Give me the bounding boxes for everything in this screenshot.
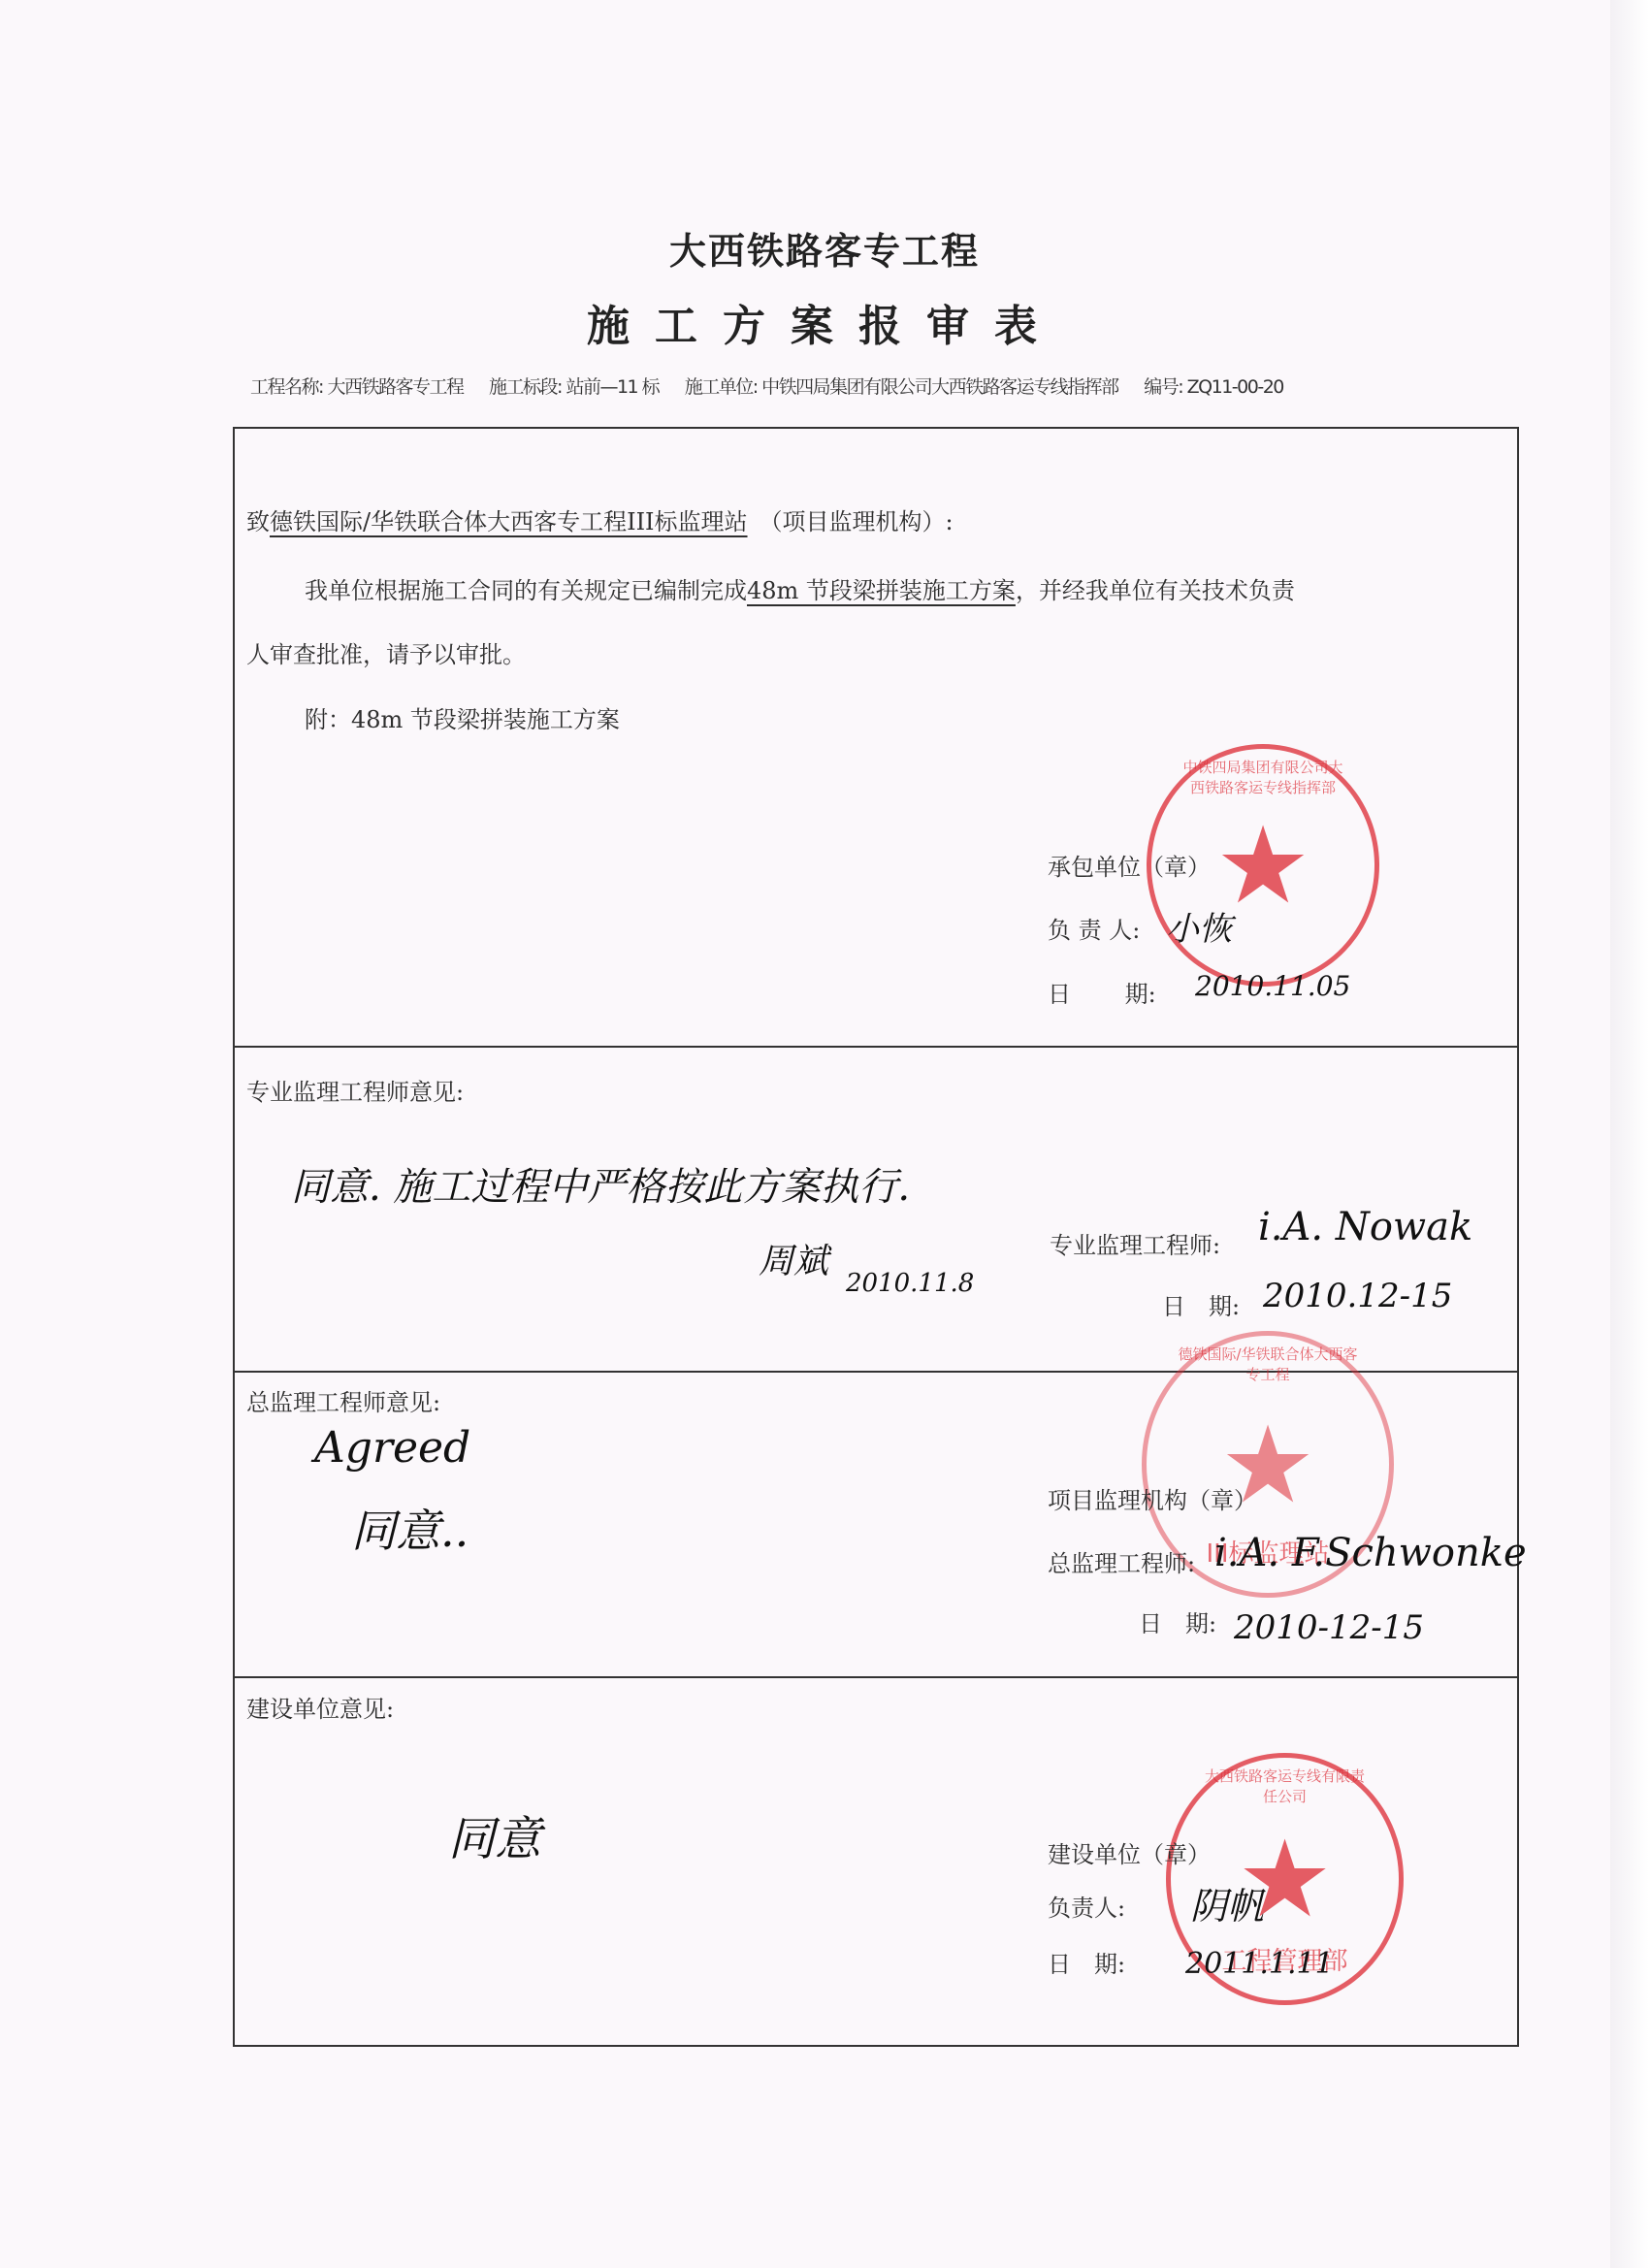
owner-opinion-heading: 建设单位意见:: [246, 1690, 394, 1724]
contractor-unit-label: 承包单位（章）: [1048, 848, 1211, 882]
form-number: 编号: ZQ11-00-20: [1144, 376, 1283, 398]
project-title: 大西铁路客专工程: [0, 221, 1649, 275]
specialist-opinion-text: 同意. 施工过程中严格按此方案执行.: [291, 1156, 910, 1212]
supervision-org-label: 项目监理机构（章）: [1048, 1481, 1257, 1515]
specialist-opinion-heading: 专业监理工程师意见:: [246, 1073, 464, 1107]
chief-date-value: 2010-12-15: [1234, 1608, 1424, 1647]
construction-section: 施工标段: 站前—11 标: [489, 376, 659, 398]
responsible-person-label: 负 责 人:: [1048, 911, 1140, 945]
specialist-date-value: 2010.12-15: [1263, 1277, 1452, 1315]
date-value: 2010.11.05: [1195, 970, 1350, 1002]
chief-date-label: 日 期:: [1139, 1604, 1216, 1638]
chief-opinion-heading: 总监理工程师意见:: [246, 1383, 440, 1417]
row-divider: [235, 1046, 1517, 1048]
supervision-org: 德铁国际/华铁联合体大西客专工程III标监理站: [270, 508, 748, 535]
project-name: 工程名称: 大西铁路客专工程: [250, 376, 463, 398]
chief-engineer-label: 总监理工程师:: [1048, 1544, 1195, 1578]
body-line-1: 我单位根据施工合同的有关规定已编制完成48m 节段梁拼装施工方案，并经我单位有关…: [305, 571, 1295, 605]
plan-name: 48m 节段梁拼装施工方案: [747, 577, 1016, 604]
owner-date-value: 2011.1.11: [1185, 1947, 1334, 1981]
owner-date-label: 日 期:: [1048, 1945, 1125, 1979]
review-form-table: 致德铁国际/华铁联合体大西客专工程III标监理站（项目监理机构）: 我单位根据施…: [233, 427, 1519, 2047]
initial-date: 2010.11.8: [846, 1269, 974, 1298]
attachment-line: 附：48m 节段梁拼装施工方案: [305, 700, 620, 734]
addressee-line: 致德铁国际/华铁联合体大西客专工程III标监理站（项目监理机构）:: [246, 502, 954, 536]
owner-unit-label: 建设单位（章）: [1048, 1835, 1211, 1869]
specialist-date-label: 日 期:: [1162, 1287, 1240, 1321]
chief-opinion-chinese: 同意..: [351, 1496, 469, 1560]
date-label: 日 期:: [1048, 975, 1156, 1009]
body-line-2: 人审查批准，请予以审批。: [246, 635, 526, 669]
contractor-unit: 施工单位: 中铁四局集团有限公司大西铁路客运专线指挥部: [685, 376, 1118, 398]
info-line: 工程名称: 大西铁路客专工程 施工标段: 站前—11 标 施工单位: 中铁四局集…: [250, 373, 1305, 399]
owner-opinion-text: 同意: [448, 1801, 541, 1868]
specialist-engineer-label: 专业监理工程师:: [1050, 1226, 1220, 1260]
initial-signature: 周斌: [759, 1234, 828, 1283]
chief-engineer-signature: i.A. F.Schwonke: [1214, 1531, 1527, 1575]
form-title: 施工方案报审表: [0, 291, 1649, 353]
owner-person-label: 负责人:: [1048, 1889, 1125, 1923]
specialist-engineer-signature: i.A. Nowak: [1258, 1205, 1472, 1249]
owner-person-signature: 阴帆: [1190, 1876, 1264, 1929]
chief-opinion-english: Agreed: [314, 1423, 470, 1473]
row-divider: [235, 1676, 1517, 1678]
responsible-signature: 小恢: [1166, 902, 1232, 950]
